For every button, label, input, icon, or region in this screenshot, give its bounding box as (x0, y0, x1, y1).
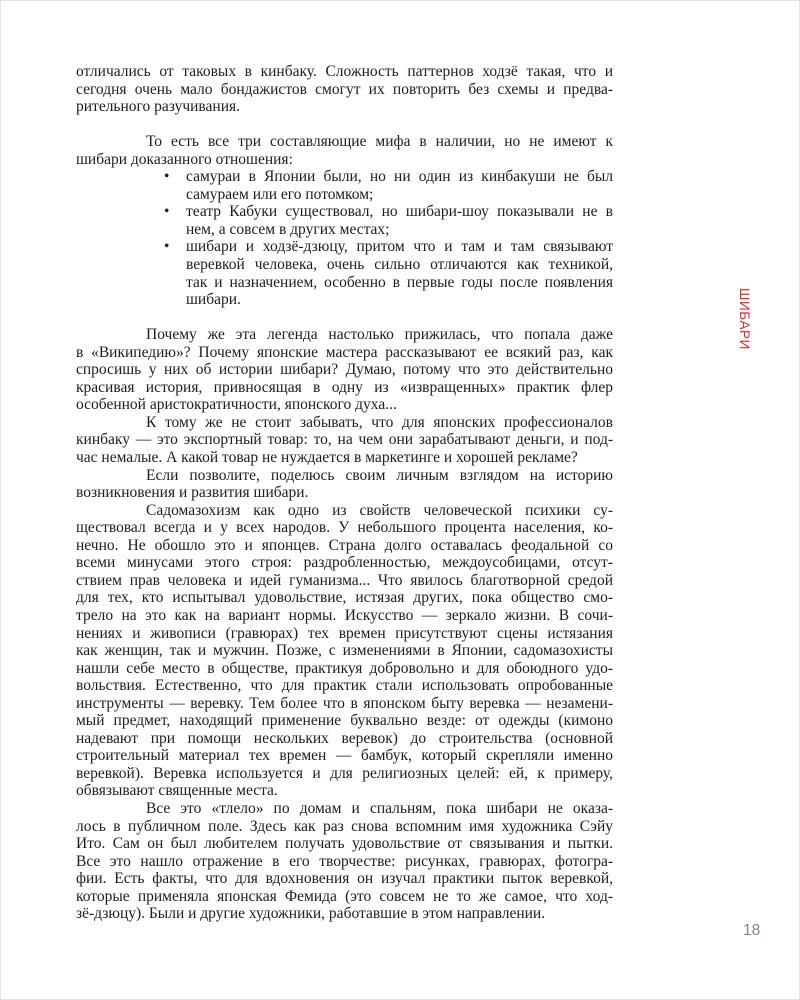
text-line: театр Кабуки существовал, но шибари-шоу … (186, 203, 613, 220)
text-line-row: Почему же эта легенда настолько прижилас… (76, 326, 613, 344)
text-line: Садомазохизм как одно из свойств человеч… (146, 502, 613, 519)
text-line: К тому же не стоит забывать, что для япо… (146, 414, 613, 431)
text-line: обвязывают священные места. (76, 782, 278, 799)
text-line: шибари. (186, 291, 241, 308)
bullet-icon: • (164, 203, 184, 221)
text-line-row: вольствия. Естественно, что для практик … (76, 677, 613, 695)
text-line: красивая история, привносящая в одну из … (76, 379, 613, 396)
text-line-row: веревкой). Веревка используется и для ре… (76, 765, 613, 783)
text-line-row: Все это нашло отражение в его творчестве… (76, 853, 613, 871)
text-line: нем, а совсем в других местах; (186, 221, 389, 238)
text-line: ствием прав человека и идей гуманизма...… (76, 572, 613, 589)
text-line: Если позволите, поделюсь своим личным вз… (146, 467, 613, 484)
text-line: строительный материал тех времен — бамбу… (76, 747, 613, 764)
text-line: мый предмет, находящий применение буквал… (76, 712, 613, 729)
text-line-row: которые применяла японская Фемида (это с… (76, 888, 613, 906)
text-line-row: красивая история, привносящая в одну из … (76, 379, 613, 397)
text-line: особенной аристократичности, японского д… (76, 396, 397, 413)
text-line: нениях и живописи (гравюрах) тех времен … (76, 625, 613, 642)
text-line: так и назначением, особенно в первые год… (186, 274, 613, 291)
text-line-row: для тех, кто испытывал удовольствие, ист… (76, 589, 613, 607)
text-line-row: в «Википедию»? Почему японские мастера р… (76, 344, 613, 362)
text-line: трело на это как на вариант нормы. Искус… (76, 607, 613, 624)
text-line-row: особенной аристократичности, японского д… (76, 396, 613, 414)
text-line-row: кинбаку — это экспортный товар: то, на ч… (76, 431, 613, 449)
text-line-row: Все это «тлело» по домам и спальням, пок… (76, 800, 613, 818)
text-line-row: •самураи в Японии были, но ни один из ки… (76, 168, 613, 186)
text-line-row: час немалые. А какой товар не нуждается … (76, 449, 613, 467)
text-line: шибари и ходзё-дзюцу, притом что и там и… (186, 238, 613, 255)
text-line-row: •театр Кабуки существовал, но шибари-шоу… (76, 203, 613, 221)
text-line-row: •шибари и ходзё-дзюцу, притом что и там … (76, 238, 613, 256)
text-line-row: шибари. (76, 291, 613, 309)
text-line: шибари доказанного отношения: (76, 151, 293, 168)
text-line: Все это нашло отражение в его творчестве… (76, 853, 613, 870)
book-page: отличались от таковых в кинбаку. Сложнос… (0, 0, 800, 1000)
paragraph-gap (76, 116, 613, 134)
text-line: зё-дзюцу). Были и другие художники, рабо… (76, 905, 545, 922)
text-line: нечно. Не обошло это и японцев. Страна д… (76, 537, 613, 554)
text-line: всеми минусами этого строя: раздробленно… (76, 554, 613, 571)
text-line-row: так и назначением, особенно в первые год… (76, 274, 613, 292)
text-line-row: трело на это как на вариант нормы. Искус… (76, 607, 613, 625)
text-line-row: всеми минусами этого строя: раздробленно… (76, 554, 613, 572)
body-text-column: отличались от таковых в кинбаку. Сложнос… (76, 63, 613, 923)
text-line: инструменты — веревку. Тем более что в я… (76, 695, 613, 712)
text-line: сегодня очень мало бондажистов смогут их… (76, 81, 613, 98)
text-line-row: нашли себе место в обществе, практикуя д… (76, 660, 613, 678)
text-line: в «Википедию»? Почему японские мастера р… (76, 344, 613, 361)
text-line-row: фии. Есть факты, что для вдохновения он … (76, 870, 613, 888)
text-line-row: Ито. Сам он был любителем получать удово… (76, 835, 613, 853)
text-line-row: То есть все три составляющие мифа в нали… (76, 133, 613, 151)
text-line: веревкой человека, очень сильно отличают… (186, 256, 613, 273)
text-line-row: нениях и живописи (гравюрах) тех времен … (76, 625, 613, 643)
text-line-row: спросишь у них об истории шибари? Думаю,… (76, 361, 613, 379)
text-line: для тех, кто испытывал удовольствие, ист… (76, 589, 613, 606)
text-line: фии. Есть факты, что для вдохновения он … (76, 870, 613, 887)
text-line: как женщин, так и мужчин. Позже, с измен… (76, 642, 613, 659)
bullet-icon: • (164, 238, 184, 256)
text-line-row: инструменты — веревку. Тем более что в я… (76, 695, 613, 713)
page-number: 18 (743, 922, 760, 940)
text-line-row: самураем или его потомком; (76, 186, 613, 204)
text-line: самураи в Японии были, но ни один из кин… (186, 168, 613, 185)
text-line: нашли себе место в обществе, практикуя д… (76, 660, 613, 677)
text-line: веревкой). Веревка используется и для ре… (76, 765, 613, 782)
text-line-row: нечно. Не обошло это и японцев. Страна д… (76, 537, 613, 555)
text-line-row: зё-дзюцу). Были и другие художники, рабо… (76, 905, 613, 923)
text-line-row: Садомазохизм как одно из свойств человеч… (76, 502, 613, 520)
text-line: кинбаку — это экспортный товар: то, на ч… (76, 431, 613, 448)
chapter-side-label: ШИБАРИ (737, 288, 752, 350)
text-line: возникновения и развития шибари. (76, 484, 308, 501)
text-line-row: возникновения и развития шибари. (76, 484, 613, 502)
text-line: лось в публичном поле. Здесь как раз сно… (76, 818, 613, 835)
text-line: час немалые. А какой товар не нуждается … (76, 449, 578, 466)
bullet-icon: • (164, 168, 184, 186)
text-line-row: веревкой человека, очень сильно отличают… (76, 256, 613, 274)
text-line-row: строительный материал тех времен — бамбу… (76, 747, 613, 765)
text-line-row: Если позволите, поделюсь своим личным вз… (76, 467, 613, 485)
text-line-row: нем, а совсем в других местах; (76, 221, 613, 239)
text-line: рительного разучивания. (76, 98, 240, 115)
text-line: вольствия. Естественно, что для практик … (76, 677, 613, 694)
text-line-row: сегодня очень мало бондажистов смогут их… (76, 81, 613, 99)
paragraph-gap (76, 309, 613, 327)
text-line: надевают при помощи нескольких веревок) … (76, 730, 613, 747)
text-line-row: К тому же не стоит забывать, что для япо… (76, 414, 613, 432)
text-line-row: отличались от таковых в кинбаку. Сложнос… (76, 63, 613, 81)
text-line-row: мый предмет, находящий применение буквал… (76, 712, 613, 730)
text-line-row: надевают при помощи нескольких веревок) … (76, 730, 613, 748)
text-line: Все это «тлело» по домам и спальням, пок… (146, 800, 613, 817)
text-line-row: шибари доказанного отношения: (76, 151, 613, 169)
text-line-row: как женщин, так и мужчин. Позже, с измен… (76, 642, 613, 660)
text-line: ществовал всегда и у всех народов. У неб… (76, 519, 613, 536)
text-line-row: лось в публичном поле. Здесь как раз сно… (76, 818, 613, 836)
text-line-row: ствием прав человека и идей гуманизма...… (76, 572, 613, 590)
text-line: Почему же эта легенда настолько прижилас… (146, 326, 613, 343)
text-line-row: обвязывают священные места. (76, 782, 613, 800)
text-line: которые применяла японская Фемида (это с… (76, 888, 613, 905)
text-line-row: рительного разучивания. (76, 98, 613, 116)
text-line: То есть все три составляющие мифа в нали… (146, 133, 613, 150)
text-line: Ито. Сам он был любителем получать удово… (76, 835, 613, 852)
text-line: отличались от таковых в кинбаку. Сложнос… (76, 63, 613, 80)
text-line-row: ществовал всегда и у всех народов. У неб… (76, 519, 613, 537)
text-line: самураем или его потомком; (186, 186, 373, 203)
text-line: спросишь у них об истории шибари? Думаю,… (76, 361, 613, 378)
